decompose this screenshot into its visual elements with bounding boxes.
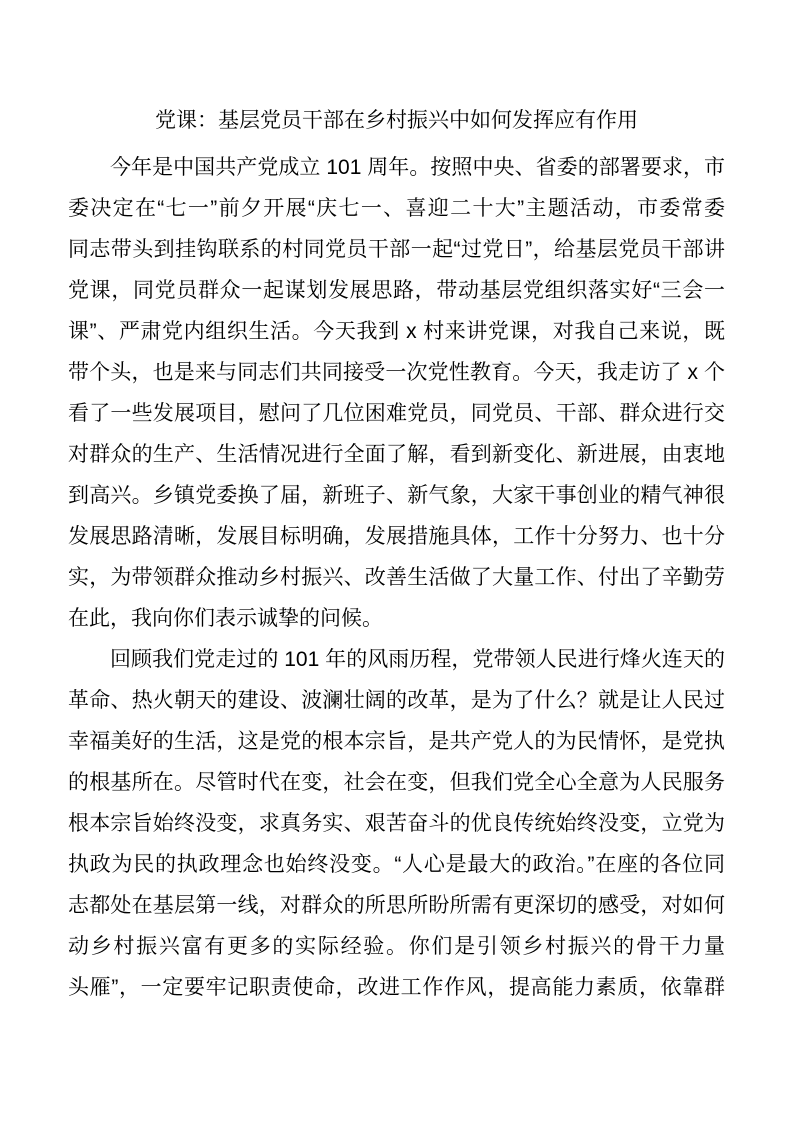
document-page: 党课：基层党员干部在乡村振兴中如何发挥应有作用 今年是中国共产党成立 101 周… — [0, 0, 793, 1122]
text-line: 头雁”，一定要牢记职责使命，改进工作作风，提高能力素质，依靠群众、 — [68, 967, 725, 1008]
text-line: 在此，我向你们表示诚挚的问候。 — [68, 598, 725, 639]
text-line: 同志带头到挂钩联系的村同党员干部一起“过党日”，给基层党员干部讲 — [68, 229, 725, 270]
paragraph-1: 今年是中国共产党成立 101 周年。按照中央、省委的部署要求，市 委决定在“七一… — [68, 147, 725, 639]
text-line: 委决定在“七一”前夕开展“庆七一、喜迎二十大”主题活动，市委常委 — [68, 188, 725, 229]
text-line: 志都处在基层第一线，对群众的所思所盼所需有更深切的感受，对如何推 — [68, 885, 725, 926]
text-line: 实，为带领群众推动乡村振兴、改善生活做了大量工作、付出了辛勤劳动。 — [68, 557, 725, 598]
document-title: 党课：基层党员干部在乡村振兴中如何发挥应有作用 — [68, 100, 725, 141]
text-line: 执政为民的执政理念也始终没变。“人心是最大的政治。”在座的各位同 — [68, 844, 725, 885]
text-line: 回顾我们党走过的 101 年的风雨历程，党带领人民进行烽火连天的 — [68, 639, 725, 680]
text-line: 幸福美好的生活，这是党的根本宗旨，是共产党人的为民情怀，是党执政 — [68, 721, 725, 762]
text-line: 党课，同党员群众一起谋划发展思路，带动基层党组织落实好“三会一 — [68, 270, 725, 311]
text-line: 看了一些发展项目，慰问了几位困难党员，同党员、干部、群众进行交流， — [68, 393, 725, 434]
text-line: 到高兴。乡镇党委换了届，新班子、新气象，大家干事创业的精气神很足， — [68, 475, 725, 516]
text-line: 今年是中国共产党成立 101 周年。按照中央、省委的部署要求，市 — [68, 147, 725, 188]
paragraph-2: 回顾我们党走过的 101 年的风雨历程，党带领人民进行烽火连天的 革命、热火朝天… — [68, 639, 725, 1008]
text-line: 发展思路清晰，发展目标明确，发展措施具体，工作十分努力、也十分扎 — [68, 516, 725, 557]
text-line: 课”、严肃党内组织生活。今天我到 x 村来讲党课，对我自己来说，既是 — [68, 311, 725, 352]
text-line: 带个头，也是来与同志们共同接受一次党性教育。今天，我走访了 x 个村， — [68, 352, 725, 393]
text-line: 动乡村振兴富有更多的实际经验。你们是引领乡村振兴的骨干力量和“领 — [68, 926, 725, 967]
text-line: 根本宗旨始终没变，求真务实、艰苦奋斗的优良传统始终没变，立党为公、 — [68, 803, 725, 844]
text-line: 革命、热火朝天的建设、波澜壮阔的改革，是为了什么？就是让人民过上 — [68, 680, 725, 721]
text-line: 的根基所在。尽管时代在变，社会在变，但我们党全心全意为人民服务的 — [68, 762, 725, 803]
text-line: 对群众的生产、生活情况进行全面了解，看到新变化、新进展，由衷地感 — [68, 434, 725, 475]
